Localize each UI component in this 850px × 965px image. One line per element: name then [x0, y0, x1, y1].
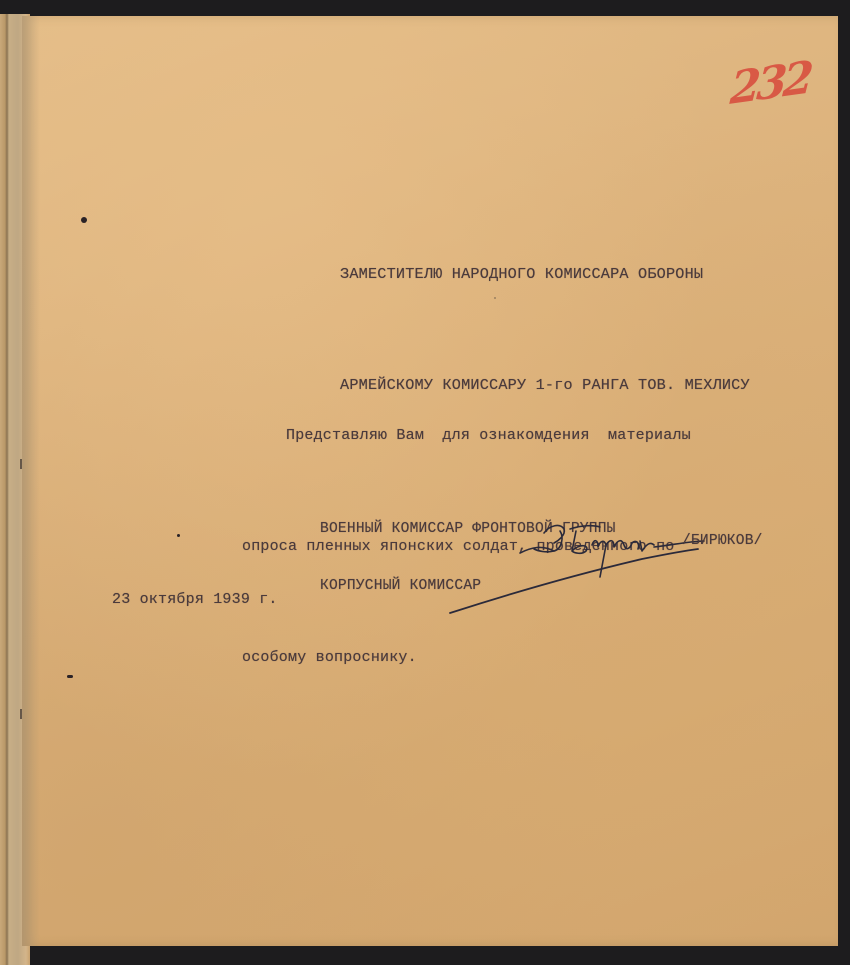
body-line-3: особому вопроснику. — [242, 639, 691, 676]
body-line-1: Представляю Вам для ознакомдения материа… — [242, 417, 691, 454]
paper-speck — [177, 534, 180, 537]
document-date: 23 октября 1939 г. — [112, 591, 278, 608]
archive-page-number: 232 — [729, 52, 812, 115]
page-edge-mark — [20, 709, 22, 719]
document-page: 232 ЗАМЕСТИТЕЛЮ НАРОДНОГО КОМИССАРА ОБОР… — [22, 16, 838, 946]
paper-speck — [81, 217, 87, 223]
paper-speck — [494, 297, 496, 299]
handwritten-signature-icon — [442, 511, 712, 621]
document-scan: 232 ЗАМЕСТИТЕЛЮ НАРОДНОГО КОМИССАРА ОБОР… — [0, 0, 850, 965]
addressee-line-1: ЗАМЕСТИТЕЛЮ НАРОДНОГО КОМИССАРА ОБОРОНЫ — [340, 256, 750, 293]
signatory-name: /БИРЮКОВ/ — [682, 533, 763, 549]
paper-speck — [67, 675, 73, 678]
page-edge-mark — [20, 459, 22, 469]
